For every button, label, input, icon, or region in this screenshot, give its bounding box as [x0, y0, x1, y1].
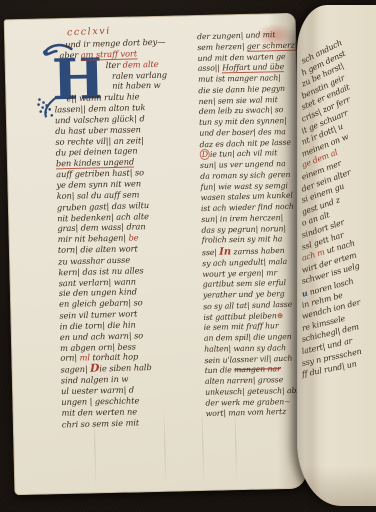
text-segment: ungen | geschichte: [61, 395, 139, 407]
manuscript-line: sun| us ver ungend na: [200, 159, 306, 172]
manuscript-line: die sie dann hie pegyn: [198, 83, 304, 97]
manuscript-line: sun| in irem herczen|: [201, 212, 307, 225]
folio-number: ccclxvi: [67, 26, 111, 39]
manuscript-line: yerather und ye berg: [203, 289, 309, 302]
text-segment: ie tun| ach vil mit: [210, 148, 278, 159]
text-segment: mut ist manger nach|: [198, 73, 281, 83]
manuscript-photo: ccclxvi H und ir menge dort bey—aber am …: [0, 0, 376, 512]
text-segment: sem herzen|: [197, 42, 247, 52]
text-segment: zu wasshar ausse: [58, 254, 130, 266]
text-segment: tun sy mit den synnen|: [199, 116, 287, 127]
text-segment: und der boser| des ma: [199, 127, 286, 138]
text-segment: ist ach wieder find noch: [201, 202, 294, 213]
manuscript-line: mut ist manger nach|: [198, 73, 304, 86]
text-segment: aber: [59, 50, 81, 61]
text-segment: der werk me graben: [205, 397, 284, 407]
manuscript-left-page: ccclxvi H und ir menge dort bey—aber am …: [4, 13, 307, 496]
facing-page-text: sch anduchh gem denstzu be horst|benstin…: [302, 57, 376, 477]
text-segment: da roman sy sich geren: [200, 170, 290, 181]
manuscript-line: unkeusch| geteusch| abst: [205, 385, 311, 398]
text-segment: an dem spil| die ungen: [204, 332, 292, 343]
text-segment: sind nalgen in w: [61, 374, 129, 386]
text-segment: der zungen| und mit: [197, 30, 276, 41]
text-segment: In: [219, 245, 231, 257]
manuscript-line: tun sy mit den synnen|: [199, 116, 305, 129]
text-segment: dem alte: [123, 59, 159, 70]
manuscript-line: so sy all tat| sund lasse: [203, 299, 309, 313]
text-column-right: der zungen| und mitsem herzen| ger schme…: [197, 30, 312, 420]
text-segment: be: [128, 233, 138, 243]
text-segment: nit haben w: [112, 80, 161, 91]
text-segment: unkeusch| geteusch| abst: [205, 386, 303, 397]
text-segment: alten narren| grosse: [205, 375, 283, 386]
text-segment: ~: [284, 397, 291, 406]
text-segment: ie siben halb: [99, 362, 152, 373]
text-segment: frolich sein sy mit ha: [202, 235, 283, 245]
text-segment: ul uester warm| d: [61, 385, 134, 397]
text-column-left: und ir menge dort bey—aber am straff vor…: [53, 36, 214, 430]
text-segment: und valschen glück| d: [55, 113, 145, 125]
text-segment: lter: [106, 59, 123, 69]
text-segment: torn| die alten wort: [58, 243, 138, 254]
text-segment: ger schmerz|: [247, 40, 298, 51]
text-segment: wasen stales um kunkel: [201, 191, 293, 203]
text-segment: und mit den warten ge: [197, 51, 285, 62]
text-segment: gartibut sem sie erful: [203, 278, 286, 289]
text-segment: wort| man vom hertz: [206, 407, 287, 418]
text-segment: en und ach warn| so: [60, 330, 143, 342]
manuscript-line: da roman sy sich geren: [200, 169, 306, 182]
text-segment: D: [90, 362, 100, 375]
text-segment: asso||: [198, 64, 223, 73]
text-segment: gruben gast| das wiltu: [57, 200, 149, 213]
manuscript-line: an dem spil| die ungen: [204, 332, 310, 345]
text-segment: ml: [80, 353, 91, 363]
text-segment: ralen varlang: [112, 69, 167, 80]
text-segment: ye dem synn nit wen: [56, 178, 141, 190]
text-segment: sagen|: [60, 364, 90, 375]
text-segment: sun| us ver ungend na: [200, 159, 286, 170]
text-segment: sun| in irem herczen|: [201, 213, 283, 224]
text-segment: so sy all tat| sund lasse: [203, 299, 292, 310]
text-segment: dem leib zu swach| so: [199, 105, 284, 116]
text-segment: mir nit behagen|: [58, 233, 129, 244]
manuscript-line: wort| man vom hertz: [206, 406, 312, 420]
text-segment: D: [200, 149, 210, 160]
text-segment: tun die: [205, 366, 235, 376]
text-segment: wourt ye ergen| mr: [202, 268, 277, 279]
text-segment: halten| wann sy dach: [204, 343, 286, 353]
facing-page-edge: sch anduchh gem denstzu be horst|benstin…: [297, 5, 376, 506]
text-segment: mit den werten ne: [61, 406, 137, 417]
text-segment: ist gattibut pleiben: [203, 311, 277, 322]
text-segment: fun| wie wast sy semgi: [200, 181, 288, 192]
text-segment: die sie dann hie pegyn: [198, 84, 285, 95]
text-segment: en gleich gebarn| so: [59, 298, 143, 309]
text-segment: daz es dach nit pe lasse: [199, 137, 291, 149]
text-segment: kon| sal du auff sem: [57, 189, 140, 200]
manuscript-line: und der boser| des ma: [199, 127, 305, 140]
manuscript-line: halten| wann sy dach: [204, 343, 310, 356]
text-segment: chri so sem sie mit: [62, 417, 139, 429]
text-segment: ie sem mit fraff hur: [204, 321, 279, 332]
text-segment: sy ach ungedult| mala: [202, 257, 287, 268]
text-segment: nen| sem sie wal mit: [198, 95, 277, 106]
text-segment: sse|: [202, 248, 219, 257]
text-segment: ⊕: [277, 311, 284, 320]
text-segment: zarnss haben: [231, 246, 285, 256]
text-segment: du hast uber massen: [55, 124, 141, 136]
text-segment: sein u'lassner vil| auch: [204, 353, 292, 364]
text-segment: mangen nar: [234, 364, 281, 374]
text-segment: yerather und ye berg: [203, 289, 285, 299]
text-segment: Hoffart und übe: [222, 62, 284, 73]
text-segment: orn|: [60, 353, 79, 363]
text-segment: das sy pegrun| norun|: [201, 224, 286, 235]
manuscript-line: alten narren| grosse: [205, 374, 311, 387]
